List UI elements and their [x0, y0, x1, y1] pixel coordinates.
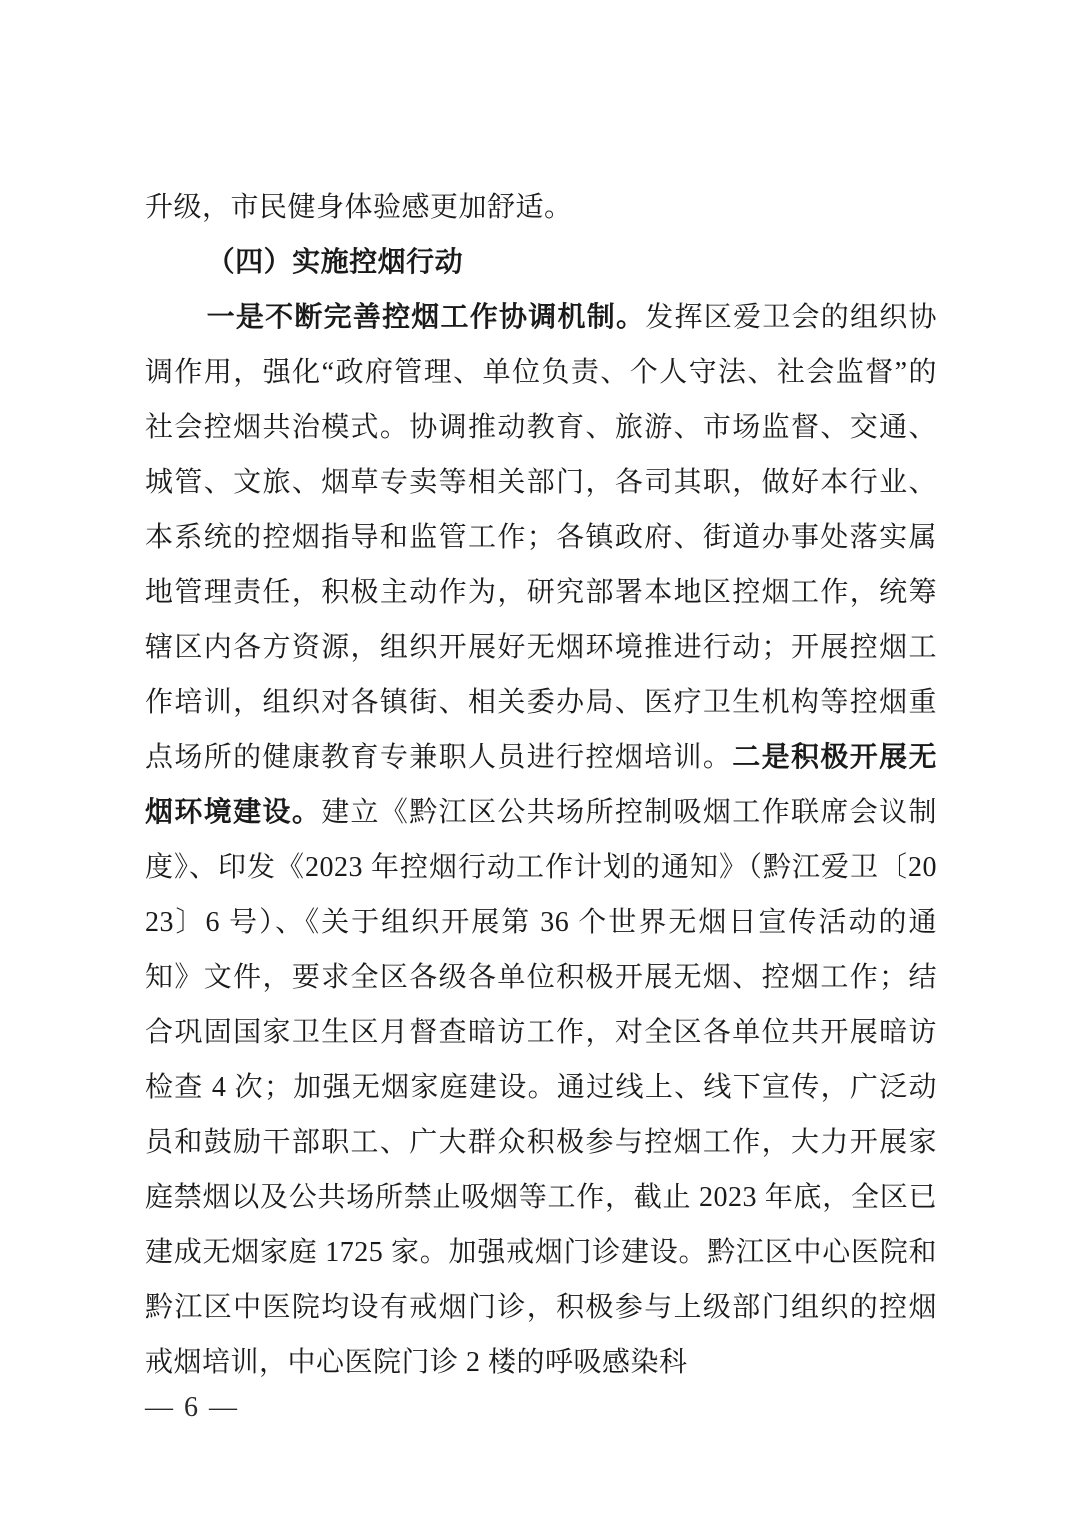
page-content: 升级，市民健身体验感更加舒适。 （四）实施控烟行动 一是不断完善控烟工作协调机制… [145, 180, 937, 1390]
body-paragraph: 一是不断完善控烟工作协调机制。发挥区爱卫会的组织协调作用，强化“政府管理、单位负… [145, 290, 937, 1390]
page-number: — 6 — [145, 1392, 239, 1424]
continuation-paragraph: 升级，市民健身体验感更加舒适。 [145, 180, 937, 235]
bold-lead-run-1: 一是不断完善控烟工作协调机制。 [207, 302, 646, 333]
document-page: 升级，市民健身体验感更加舒适。 （四）实施控烟行动 一是不断完善控烟工作协调机制… [0, 0, 1074, 1520]
text-run-1: 发挥区爱卫会的组织协调作用，强化“政府管理、单位负责、个人守法、社会监督”的社会… [145, 302, 937, 773]
text-run-2: 建立《黔江区公共场所控制吸烟工作联席会议制度》、印发《2023 年控烟行动工作计… [145, 797, 937, 1378]
section-heading: （四）实施控烟行动 [145, 235, 937, 290]
